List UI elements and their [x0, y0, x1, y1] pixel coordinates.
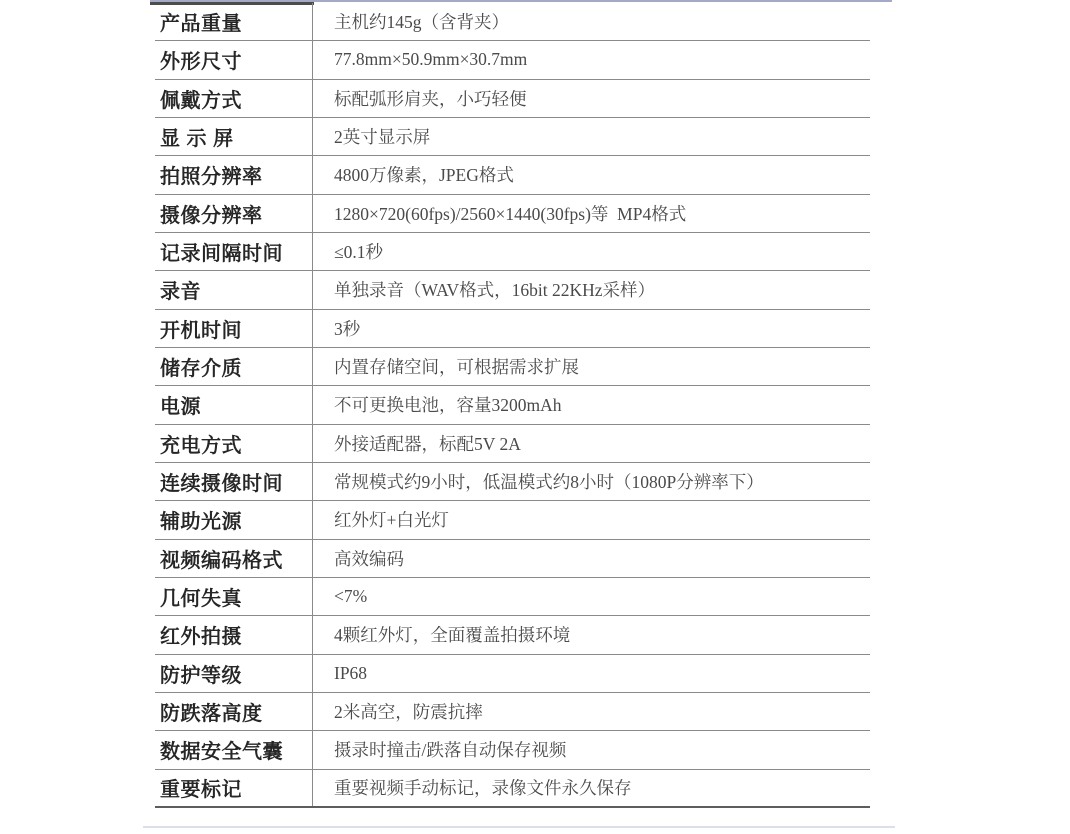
spec-value: 重要视频手动标记，录像文件永久保存: [313, 770, 870, 806]
spec-label: 连续摄像时间: [155, 463, 313, 500]
spec-value: 红外灯+白光灯: [313, 501, 870, 538]
spec-table: 产品重量 主机约145g（含背夹） 外形尺寸 77.8mm×50.9mm×30.…: [155, 3, 870, 808]
spec-value: 2米高空，防震抗摔: [313, 693, 870, 730]
spec-row-dimensions: 外形尺寸 77.8mm×50.9mm×30.7mm: [155, 41, 870, 79]
spec-label: 录音: [155, 271, 313, 308]
spec-row-wearing-method: 佩戴方式 标配弧形肩夹，小巧轻便: [155, 80, 870, 118]
spec-sheet-page: 产品重量 主机约145g（含背夹） 外形尺寸 77.8mm×50.9mm×30.…: [0, 0, 1070, 834]
spec-row-audio-recording: 录音 单独录音（WAV格式，16bit 22KHz采样）: [155, 271, 870, 309]
spec-row-charging: 充电方式 外接适配器，标配5V 2A: [155, 425, 870, 463]
spec-label: 摄像分辨率: [155, 195, 313, 232]
spec-value: 单独录音（WAV格式，16bit 22KHz采样）: [313, 271, 870, 308]
spec-row-video-encoding: 视频编码格式 高效编码: [155, 540, 870, 578]
spec-label: 防护等级: [155, 655, 313, 692]
spec-row-auxiliary-light: 辅助光源 红外灯+白光灯: [155, 501, 870, 539]
spec-row-video-resolution: 摄像分辨率 1280×720(60fps)/2560×1440(30fps)等 …: [155, 195, 870, 233]
spec-row-continuous-recording: 连续摄像时间 常规模式约9小时，低温模式约8小时（1080P分辨率下）: [155, 463, 870, 501]
spec-label: 产品重量: [155, 3, 313, 40]
spec-label: 几何失真: [155, 578, 313, 615]
spec-value: 不可更换电池，容量3200mAh: [313, 386, 870, 423]
spec-value: <7%: [313, 578, 870, 615]
spec-row-data-airbag: 数据安全气囊 摄录时撞击/跌落自动保存视频: [155, 731, 870, 769]
spec-label: 外形尺寸: [155, 41, 313, 78]
spec-label: 重要标记: [155, 770, 313, 806]
spec-row-photo-resolution: 拍照分辨率 4800万像素，JPEG格式: [155, 156, 870, 194]
bottom-divider-line: [143, 826, 895, 828]
spec-row-drop-height: 防跌落高度 2米高空，防震抗摔: [155, 693, 870, 731]
spec-label: 佩戴方式: [155, 80, 313, 117]
spec-label: 开机时间: [155, 310, 313, 347]
spec-label: 记录间隔时间: [155, 233, 313, 270]
spec-label: 电源: [155, 386, 313, 423]
spec-row-geometric-distortion: 几何失真 <7%: [155, 578, 870, 616]
spec-value: 4800万像素，JPEG格式: [313, 156, 870, 193]
spec-row-record-interval: 记录间隔时间 ≤0.1秒: [155, 233, 870, 271]
spec-value: IP68: [313, 655, 870, 692]
spec-value: 2英寸显示屏: [313, 118, 870, 155]
spec-row-boot-time: 开机时间 3秒: [155, 310, 870, 348]
spec-value: ≤0.1秒: [313, 233, 870, 270]
spec-row-infrared-shooting: 红外拍摄 4颗红外灯，全面覆盖拍摄环境: [155, 616, 870, 654]
spec-value: 3秒: [313, 310, 870, 347]
spec-value: 标配弧形肩夹，小巧轻便: [313, 80, 870, 117]
spec-label: 红外拍摄: [155, 616, 313, 653]
spec-label: 显 示 屏: [155, 118, 313, 155]
spec-row-product-weight: 产品重量 主机约145g（含背夹）: [155, 3, 870, 41]
spec-value: 1280×720(60fps)/2560×1440(30fps)等 MP4格式: [313, 195, 870, 232]
spec-value: 内置存储空间，可根据需求扩展: [313, 348, 870, 385]
spec-value: 4颗红外灯，全面覆盖拍摄环境: [313, 616, 870, 653]
spec-label: 储存介质: [155, 348, 313, 385]
spec-value: 高效编码: [313, 540, 870, 577]
spec-label: 拍照分辨率: [155, 156, 313, 193]
spec-label: 辅助光源: [155, 501, 313, 538]
spec-value: 摄录时撞击/跌落自动保存视频: [313, 731, 870, 768]
spec-row-power: 电源 不可更换电池，容量3200mAh: [155, 386, 870, 424]
spec-row-protection-rating: 防护等级 IP68: [155, 655, 870, 693]
spec-label: 数据安全气囊: [155, 731, 313, 768]
spec-row-important-marking: 重要标记 重要视频手动标记，录像文件永久保存: [155, 770, 870, 808]
spec-label: 视频编码格式: [155, 540, 313, 577]
spec-label: 防跌落高度: [155, 693, 313, 730]
spec-row-display: 显 示 屏 2英寸显示屏: [155, 118, 870, 156]
spec-label: 充电方式: [155, 425, 313, 462]
spec-value: 常规模式约9小时，低温模式约8小时（1080P分辨率下）: [313, 463, 870, 500]
spec-value: 主机约145g（含背夹）: [313, 3, 870, 40]
spec-value: 外接适配器，标配5V 2A: [313, 425, 870, 462]
spec-row-storage: 储存介质 内置存储空间，可根据需求扩展: [155, 348, 870, 386]
spec-value: 77.8mm×50.9mm×30.7mm: [313, 41, 870, 78]
